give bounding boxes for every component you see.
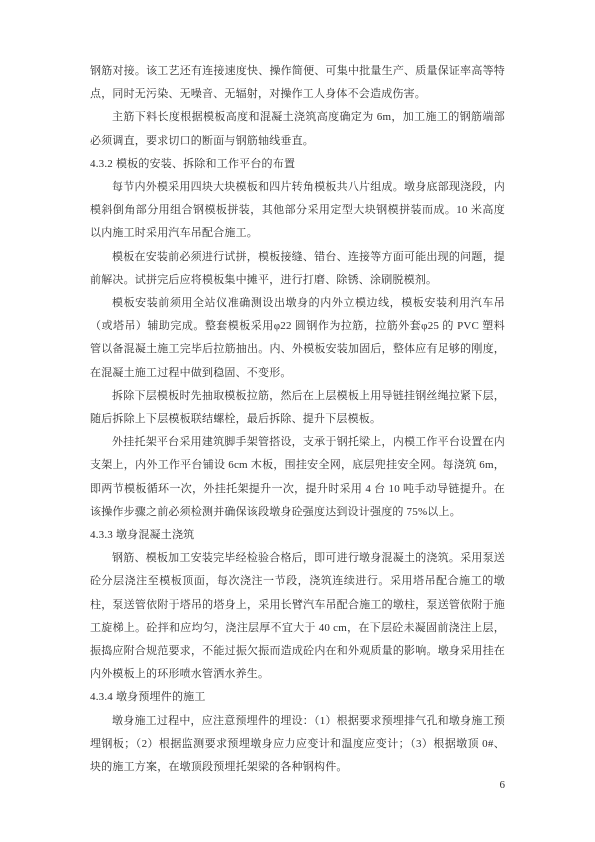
section-heading-4-3-4: 4.3.4 墩身预埋件的施工	[90, 686, 505, 709]
section-heading-4-3-2: 4.3.2 模板的安装、拆除和工作平台的布置	[90, 153, 505, 176]
paragraph-rebar-welding-continued: 钢筋对接。该工艺还有连接速度快、操作简便、可集中批量生产、质量保证率高等特点，同…	[90, 60, 505, 106]
paragraph-formwork-composition: 每节内外模采用四块大块模板和四片转角模板共八片组成。墩身底部现浇段，内模斜倒角部…	[90, 176, 505, 246]
paragraph-embedded-parts: 墩身施工过程中，应注意预埋件的埋设：（1）根据要求预埋排气孔和墩身施工预埋钢板；…	[90, 710, 505, 780]
page-number: 6	[500, 775, 506, 795]
paragraph-formwork-trial-assembly: 模板在安装前必须进行试拼，模板接缝、错台、连接等方面可能出现的问题，提前解决。试…	[90, 246, 505, 292]
document-page: 钢筋对接。该工艺还有连接速度快、操作简便、可集中批量生产、质量保证率高等特点，同…	[0, 0, 595, 842]
paragraph-work-platform: 外挂托架平台采用建筑脚手架管搭设，支承于钢托梁上，内模工作平台设置在内支架上，内…	[90, 431, 505, 524]
paragraph-formwork-installation: 模板安装前须用全站仪准确测设出墩身的内外立模边线，模板安装利用汽车吊（或塔吊）辅…	[90, 292, 505, 385]
paragraph-main-rebar-cutting: 主筋下料长度根据模板高度和混凝土浇筑高度确定为 6m，加工施工的钢筋端部必须调直…	[90, 106, 505, 152]
paragraph-concrete-pouring: 钢筋、模板加工安装完毕经检验合格后，即可进行墩身混凝土的浇筑。采用泵送砼分层浇注…	[90, 547, 505, 686]
section-heading-4-3-3: 4.3.3 墩身混凝土浇筑	[90, 524, 505, 547]
paragraph-formwork-removal: 拆除下层模板时先抽取模板拉筋，然后在上层模板上用导链挂钢丝绳拉紧下层，随后拆除上…	[90, 385, 505, 431]
document-body: 钢筋对接。该工艺还有连接速度快、操作简便、可集中批量生产、质量保证率高等特点，同…	[90, 60, 505, 779]
